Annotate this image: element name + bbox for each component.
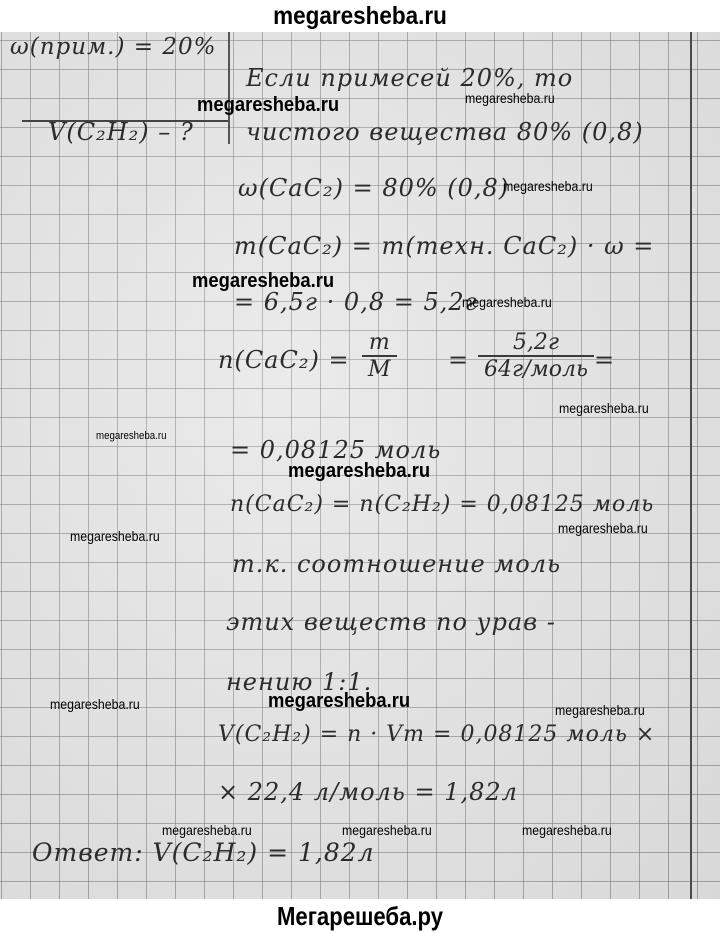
solution-line-2: чистого вещества 80% (0,8) — [246, 118, 644, 146]
equals-sign: = — [594, 346, 615, 374]
solution-line-4: m(CaC₂) = m(техн. CaC₂) · ω = — [234, 232, 654, 260]
watermark: megaresheba.ru — [503, 178, 593, 194]
watermark: megaresheba.ru — [462, 294, 552, 310]
fraction-numerator: 5,2г — [478, 330, 594, 357]
solution-line-8: n(CaC₂) = n(C₂H₂) = 0,08125 моль — [230, 492, 654, 517]
solution-line-13: × 22,4 л/моль = 1,82л — [218, 778, 518, 806]
fraction-denominator: M — [362, 357, 397, 382]
watermark: megaresheba.ru — [522, 822, 612, 838]
given-find: V(C₂H₂) – ? — [48, 118, 194, 146]
watermark: megaresheba.ru — [555, 702, 645, 718]
margin-line — [690, 32, 692, 899]
equals-sign: = — [448, 346, 469, 374]
site-footer: Мегарешеба.ру — [54, 899, 666, 933]
watermark: megaresheba.ru — [192, 270, 334, 293]
watermark: megaresheba.ru — [70, 528, 160, 544]
watermark: megaresheba.ru — [268, 690, 410, 713]
watermark: megaresheba.ru — [559, 400, 649, 416]
solution-line-6-lhs: n(CaC₂) = — [218, 346, 350, 374]
fraction-mass-over-molar: 5,2г 64г/моль — [478, 330, 594, 382]
watermark: megaresheba.ru — [288, 460, 430, 483]
watermark: megaresheba.ru — [558, 520, 648, 536]
solution-line-1: Если примесей 20%, то — [246, 64, 573, 92]
fraction-m-over-M: m M — [362, 330, 397, 382]
notebook-page: ω(прим.) = 20% V(C₂H₂) – ? Если примесей… — [0, 32, 720, 899]
watermark: megaresheba.ru — [96, 430, 166, 442]
given-impurity: ω(прим.) = 20% — [10, 34, 216, 60]
fraction-denominator: 64г/моль — [478, 357, 594, 382]
fraction-numerator: m — [362, 330, 397, 357]
watermark: megaresheba.ru — [197, 94, 339, 117]
given-divider — [228, 32, 230, 144]
solution-line-9: т.к. соотношение моль — [232, 550, 561, 578]
solution-line-3: ω(CaC₂) = 80% (0,8) — [238, 174, 509, 202]
answer-line: Ответ: V(C₂H₂) = 1,82л — [32, 838, 375, 867]
watermark: megaresheba.ru — [50, 696, 140, 712]
solution-line-10: этих веществ по урав - — [226, 608, 556, 636]
watermark: megaresheba.ru — [342, 822, 432, 838]
watermark: megaresheba.ru — [162, 822, 252, 838]
watermark: megaresheba.ru — [465, 90, 555, 106]
solution-line-12: V(C₂H₂) = n · Vm = 0,08125 моль × — [218, 722, 655, 747]
site-header: megaresheba.ru — [36, 0, 684, 32]
